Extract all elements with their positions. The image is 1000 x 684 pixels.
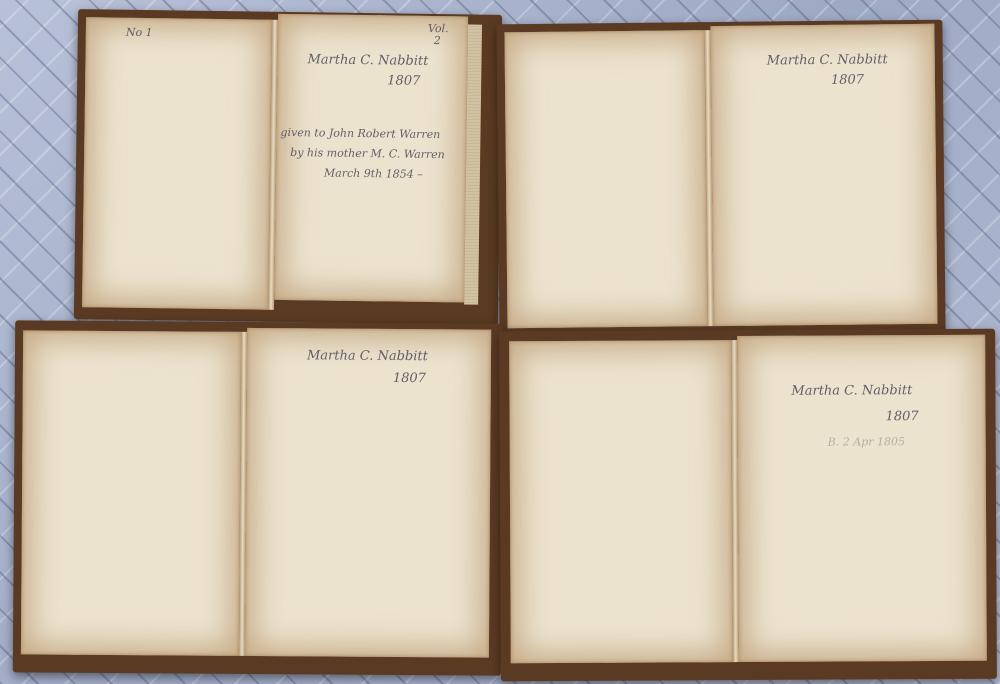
left-endpaper [504,30,707,328]
left-endpaper [21,330,241,656]
owner-name: Martha C. Nabbitt [307,348,428,364]
page-edge [464,24,482,304]
corner-note: No 1 [126,26,153,39]
owner-name: Martha C. Nabbitt [791,383,912,399]
inscription-line-1: given to John Robert Warren [280,126,440,141]
left-endpaper: No 1 [82,17,272,310]
pencil-note: B. 2 Apr 1805 [828,435,905,448]
owner-year: 1807 [387,73,420,88]
inscription-line-2: by his mother M. C. Warren [290,146,445,161]
right-endpaper: Martha C. Nabbitt 1807 B. 2 Apr 1805 [737,335,987,662]
book-top-right: Martha C. Nabbitt 1807 [496,20,945,341]
right-endpaper: Vol. 2 Martha C. Nabbitt 1807 given to J… [274,14,468,303]
owner-year: 1807 [831,72,864,87]
left-endpaper [509,340,733,663]
owner-name: Martha C. Nabbitt [307,52,428,69]
book-top-left: No 1 Vol. 2 Martha C. Nabbitt 1807 given… [74,9,502,325]
inscription-line-3: March 9th 1854 – [324,167,423,181]
right-endpaper: Martha C. Nabbitt 1807 [710,24,937,326]
volume-number: 2 [434,34,441,47]
owner-year: 1807 [393,371,426,386]
owner-name: Martha C. Nabbitt [767,52,888,68]
right-endpaper: Martha C. Nabbitt 1807 [245,328,491,658]
book-bottom-right: Martha C. Nabbitt 1807 B. 2 Apr 1805 [499,329,997,682]
book-bottom-left: Martha C. Nabbitt 1807 [13,320,503,675]
owner-year: 1807 [886,409,919,424]
